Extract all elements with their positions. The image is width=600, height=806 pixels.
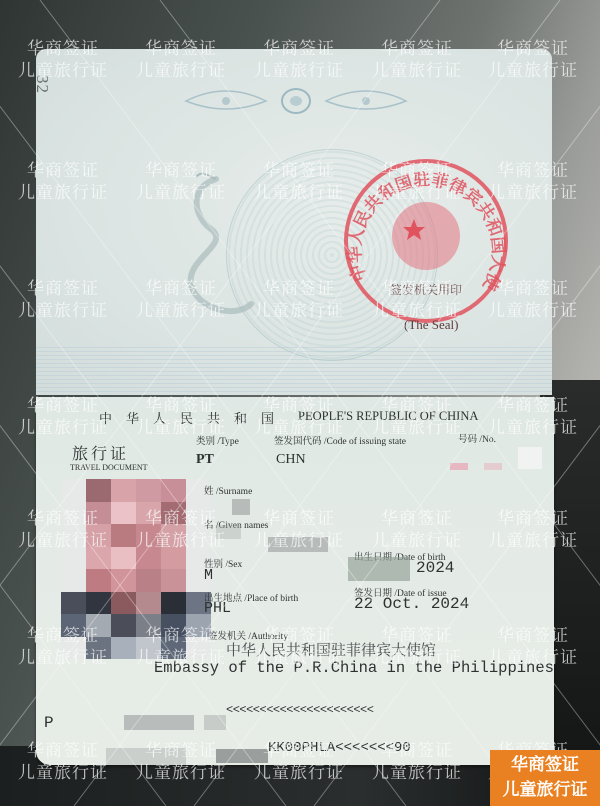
type-label: 类别 /Type <box>196 433 239 447</box>
photo-pixel <box>136 637 161 660</box>
issuing-state-value: CHN <box>276 452 306 468</box>
watermark-badge: 华商签证 儿童旅行证 <box>490 750 600 806</box>
place-of-birth-value: PHL <box>204 600 231 617</box>
date-of-issue-value: 22 Oct. 2024 <box>354 595 469 613</box>
photo-pixel <box>136 479 161 502</box>
redacted-dob <box>348 557 410 581</box>
authority-value-en: Embassy of the P.R.China in the Philippi… <box>154 659 554 677</box>
redacted-mrz <box>106 748 186 765</box>
redacted-mrz <box>216 749 268 763</box>
photo-pixel <box>136 592 161 615</box>
photo-pixel <box>61 547 86 570</box>
photo-pixel <box>86 547 111 570</box>
redacted-given-names <box>268 537 328 552</box>
photo-pixel <box>136 569 161 592</box>
ornament-icon <box>166 79 426 119</box>
photo-pixel <box>111 637 136 660</box>
photo-pixel <box>86 592 111 615</box>
photo-pixel <box>61 614 86 637</box>
photo-pixel <box>111 479 136 502</box>
document-data-page: 中华人民共和国 PEOPLE'S REPUBLIC OF CHINA 旅行证 T… <box>36 397 554 765</box>
photo-pixel <box>61 637 86 660</box>
authority-value-cn: 中华人民共和国驻菲律宾大使馆 <box>226 639 436 660</box>
photo-pixel <box>161 479 186 502</box>
badge-line2: 儿童旅行证 <box>490 778 600 803</box>
mrz-line2-suffix: KK00PHLA<<<<<<<90 <box>268 740 411 756</box>
photo-pixel <box>61 524 86 547</box>
photo-pixel <box>161 524 186 547</box>
photo-pixel <box>136 547 161 570</box>
issuing-state-label: 签发国代码 /Code of issuing state <box>274 433 406 447</box>
photo-pixel <box>161 592 186 615</box>
photo-pixel <box>86 524 111 547</box>
photo-pixel <box>86 637 111 660</box>
photo-pixel <box>61 479 86 502</box>
page-number: 32 <box>36 75 52 94</box>
type-value: PT <box>196 452 214 468</box>
badge-line1: 华商签证 <box>490 753 600 778</box>
photo-pixel <box>86 614 111 637</box>
photo-pixel <box>161 569 186 592</box>
document-title-cn: 旅行证 <box>72 441 129 464</box>
svg-text:签发机关用印: 签发机关用印 <box>390 282 462 297</box>
redacted-mrz <box>204 715 226 730</box>
redacted-given-names <box>216 525 241 539</box>
surname-label: 姓 /Surname <box>204 483 252 497</box>
photo-pixel <box>161 547 186 570</box>
photo-pixel <box>111 547 136 570</box>
photo-pixel <box>61 569 86 592</box>
dragon-icon <box>156 169 266 329</box>
holder-photo-pixelated <box>61 479 211 659</box>
document-upper-page: 32 中华人民共和国驻菲律宾共和国大使馆 签发机关用印 (The Seal) <box>36 49 552 395</box>
photo-pixel <box>61 502 86 525</box>
photo-pixel <box>161 614 186 637</box>
photo-pixel <box>111 524 136 547</box>
photo-pixel <box>111 592 136 615</box>
country-name-en: PEOPLE'S REPUBLIC OF CHINA <box>298 409 478 424</box>
photo-pixel <box>111 502 136 525</box>
security-band <box>36 347 552 395</box>
document-title-en: TRAVEL DOCUMENT <box>70 463 148 472</box>
country-name-cn: 中华人民共和国 <box>99 408 288 427</box>
mrz-line1-prefix: P <box>44 714 54 732</box>
photo-pixel <box>136 524 161 547</box>
redacted-surname <box>232 499 250 515</box>
sex-value: M <box>204 567 213 584</box>
photo-pixel <box>61 592 86 615</box>
photo-pixel <box>86 569 111 592</box>
seal-stamp-icon: 中华人民共和国驻菲律宾共和国大使馆 签发机关用印 <box>339 154 514 329</box>
mrz-line1-suffix: <<<<<<<<<<<<<<<<<<<<<< <box>226 703 373 717</box>
photo-pixel <box>136 502 161 525</box>
seal-label: (The Seal) <box>404 317 459 333</box>
number-label: 号码 /No. <box>458 431 496 445</box>
redacted-mrz <box>124 715 194 730</box>
photo-pixel <box>161 637 186 660</box>
redacted-number <box>450 463 468 470</box>
redacted-number <box>484 463 502 470</box>
photo-pixel <box>136 614 161 637</box>
redacted-number <box>518 447 542 469</box>
dob-value: 2024 <box>416 559 454 577</box>
photo-pixel <box>111 614 136 637</box>
photo-pixel <box>161 502 186 525</box>
photo-pixel <box>86 479 111 502</box>
photo-pixel <box>86 502 111 525</box>
photo-pixel <box>111 569 136 592</box>
